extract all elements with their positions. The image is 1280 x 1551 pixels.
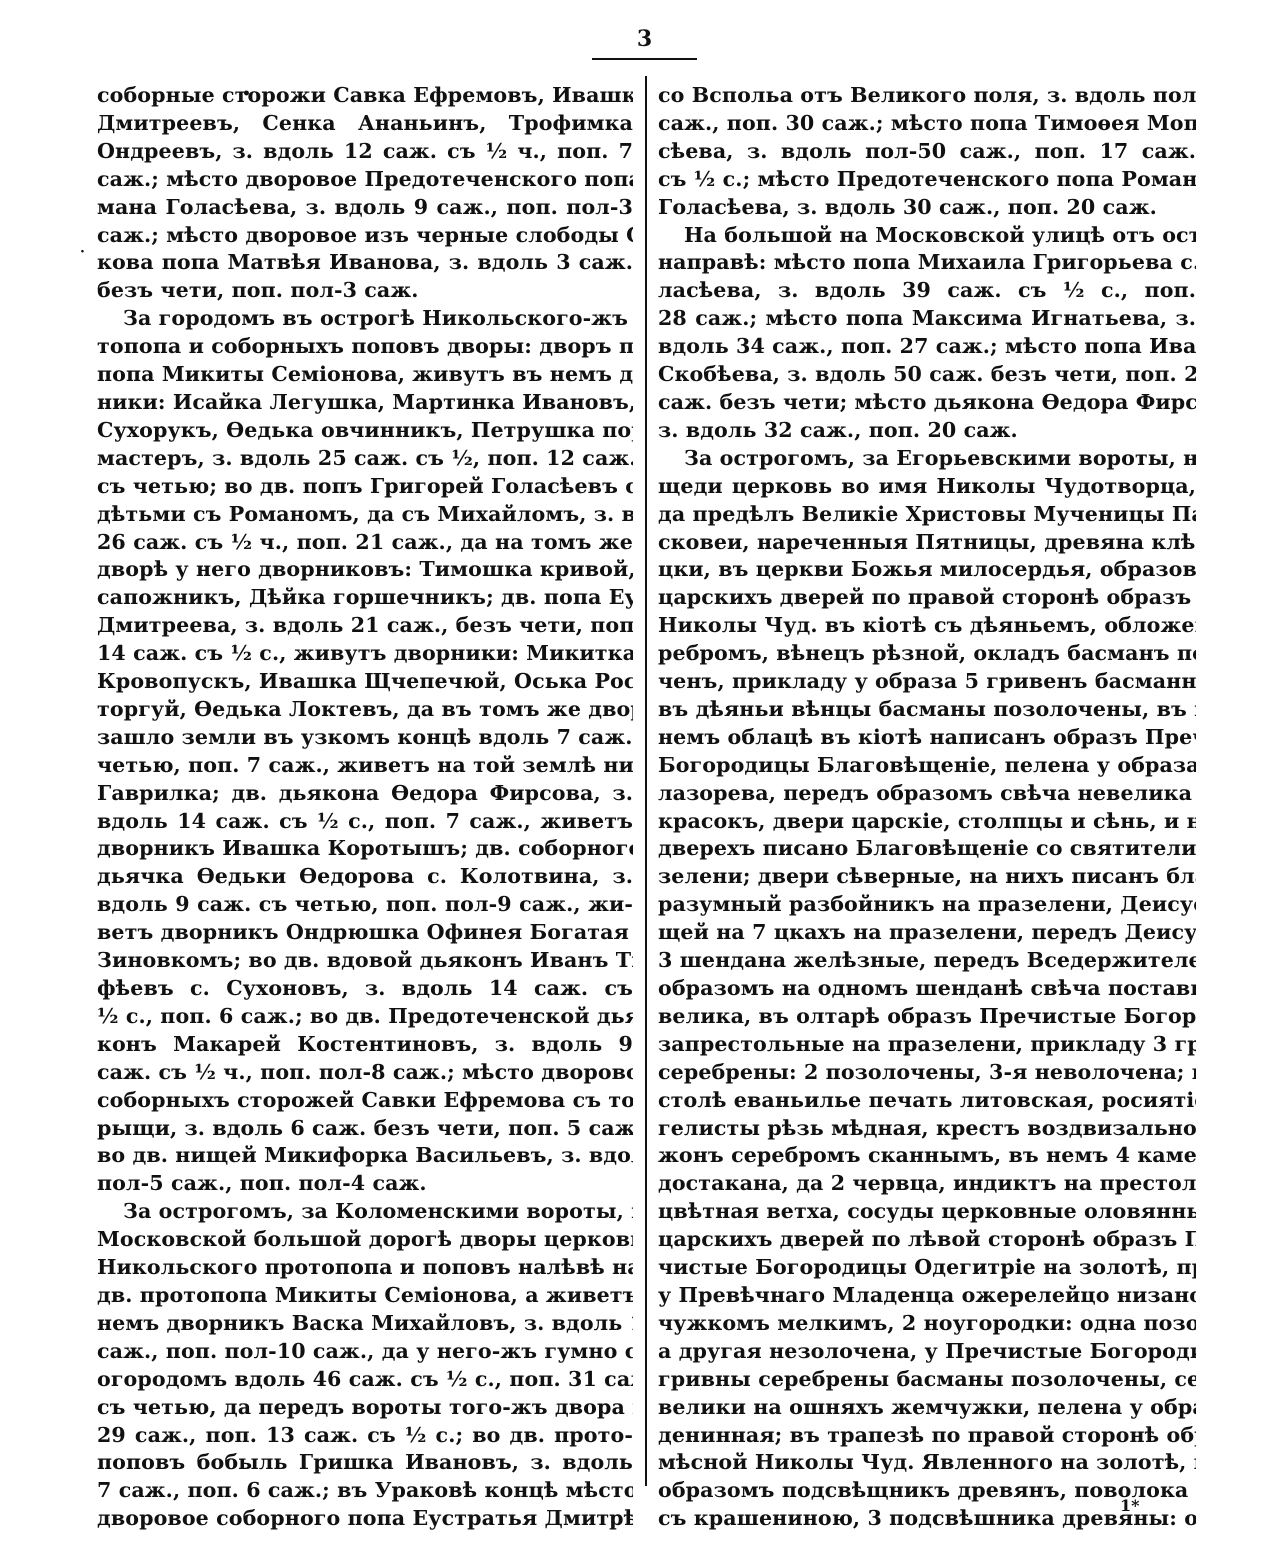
text-line: 7 саж., поп. 6 саж.; въ Ураковѣ концѣ мѣ…: [97, 1477, 633, 1505]
text-line: серебрены: 2 позолочены, 3-я неволочена;…: [658, 1059, 1196, 1087]
text-line: вдоль 14 саж. съ ½ с., поп. 7 саж., живе…: [97, 808, 633, 836]
text-line: достакана, да 2 червца, индиктъ на прест…: [658, 1170, 1196, 1198]
text-line: у Превѣчнаго Младенца ожерелейцо низано …: [658, 1282, 1196, 1310]
text-line: вдоль 34 саж., поп. 27 саж.; мѣсто попа …: [658, 333, 1196, 361]
text-line: Скобѣева, з. вдоль 50 саж. безъ чети, по…: [658, 361, 1196, 389]
text-line: саж. съ ½ ч., поп. пол-8 саж.; мѣсто дво…: [97, 1059, 633, 1087]
text-line: саж., поп. 30 саж.; мѣсто попа Тимоѳея М…: [658, 110, 1196, 138]
text-line: попа Микиты Семіонова, живутъ въ немъ дв…: [97, 361, 633, 389]
text-line: дьячка Өедьки Өедорова с. Колотвина, з.: [97, 863, 633, 891]
text-line: чужкомъ мелкимъ, 2 ноугородки: одна позо…: [658, 1310, 1196, 1338]
text-line: царскихъ дверей по правой сторонѣ образъ…: [658, 584, 1196, 612]
text-line: столѣ еваньилье печать литовская, росият…: [658, 1087, 1196, 1115]
left-column: соборные сторожи Савка Ефремовъ, ИвашкаД…: [97, 82, 633, 1533]
text-line: да предѣлъ Великіе Христовы Мученицы Пар…: [658, 501, 1196, 529]
text-line: сковеи, нареченныя Пятницы, древяна клѣт…: [658, 529, 1196, 557]
text-line: велики на ошняхъ жемчужки, пелена у обра…: [658, 1394, 1196, 1422]
text-line: Голасѣева, з. вдоль 30 саж., поп. 20 саж…: [658, 194, 1196, 222]
text-line: дѣтьми съ Романомъ, да съ Михайломъ, з. …: [97, 501, 633, 529]
paragraph: За острогомъ, за Коломенскими вороты, по…: [97, 1198, 633, 1533]
text-line: ребромъ, вѣнецъ рѣзной, окладъ басманъ п…: [658, 640, 1196, 668]
text-line: кова попа Матвѣя Иванова, з. вдоль 3 саж…: [97, 249, 633, 277]
text-line: щей на 7 цкахъ на празелени, передъ Деис…: [658, 919, 1196, 947]
text-line: 29 саж., поп. 13 саж. съ ½ с.; во дв. пр…: [97, 1422, 633, 1450]
signature-mark: 1*: [1120, 1496, 1140, 1515]
text-line: образомъ подсвѣщникъ древянъ, поволока в…: [658, 1477, 1196, 1505]
paragraph: За городомъ въ острогѣ Никольского-жъ пр…: [97, 305, 633, 1198]
text-line: За острогомъ, за Коломенскими вороты, по: [97, 1198, 633, 1226]
text-line: мѣсной Николы Чуд. Явленного на золотѣ, …: [658, 1449, 1196, 1477]
paragraph: соборные сторожи Савка Ефремовъ, ИвашкаД…: [97, 82, 633, 305]
text-line: четью, поп. 7 саж., живетъ на той землѣ …: [97, 752, 633, 780]
text-line: ½ с., поп. 6 саж.; во дв. Предотеченской…: [97, 1003, 633, 1031]
text-line: 3 шендана желѣзные, передъ Вседержителев…: [658, 947, 1196, 975]
text-line: Московской большой дорогѣ дворы церковны…: [97, 1226, 633, 1254]
text-line: дворѣ у него дворниковъ: Тимошка кривой,…: [97, 556, 633, 584]
text-line: ники: Исайка Легушка, Мартинка Ивановъ, …: [97, 389, 633, 417]
text-line: гривны серебрены басманы позолочены, сер…: [658, 1366, 1196, 1394]
text-line: царскихъ дверей по лѣвой сторонѣ образъ …: [658, 1226, 1196, 1254]
paragraph: На большой на Московской улицѣ отъ остро…: [658, 222, 1196, 445]
text-line: Дмитреева, з. вдоль 21 саж., безъ чети, …: [97, 612, 633, 640]
text-line: гелисты рѣзь мѣдная, крестъ воздвизально…: [658, 1115, 1196, 1143]
text-line: цвѣтная ветха, сосуды церковные оловянны…: [658, 1198, 1196, 1226]
text-line: ласѣева, з. вдоль 39 саж. съ ½ с., поп.: [658, 277, 1196, 305]
text-line: саж., поп. пол-10 саж., да у него-жъ гум…: [97, 1338, 633, 1366]
text-line: пол-5 саж., поп. пол-4 саж.: [97, 1170, 633, 1198]
text-line: дверехъ писано Благовѣщеніе со святители…: [658, 835, 1196, 863]
text-line: мана Голасѣева, з. вдоль 9 саж., поп. по…: [97, 194, 633, 222]
text-line: саж.; мѣсто дворовое Предотеченского поп…: [97, 166, 633, 194]
text-line: вдоль 9 саж. съ четью, поп. пол-9 саж., …: [97, 891, 633, 919]
text-line: На большой на Московской улицѣ отъ остро…: [658, 222, 1196, 250]
text-line: мастеръ, з. вдоль 25 саж. съ ½, поп. 12 …: [97, 445, 633, 473]
text-line: денинная; въ трапезѣ по правой сторонѣ о…: [658, 1422, 1196, 1450]
text-line: соборные сторожи Савка Ефремовъ, Ивашка: [97, 82, 633, 110]
text-line: зашло земли въ узкомъ концѣ вдоль 7 саж.…: [97, 724, 633, 752]
text-line: За острогомъ, за Егорьевскими вороты, на…: [658, 445, 1196, 473]
text-line: немъ облацѣ въ кіотѣ написанъ образъ Пре…: [658, 724, 1196, 752]
text-line: ченъ, прикладу у образа 5 гривенъ басман…: [658, 668, 1196, 696]
text-line: зелени; двери сѣверные, на нихъ писанъ б…: [658, 863, 1196, 891]
text-line: Богородицы Благовѣщеніе, пелена у образа…: [658, 752, 1196, 780]
text-line: Никольского протопопа и поповъ налѣвѣ на…: [97, 1254, 633, 1282]
text-line: топопа и соборныхъ поповъ дворы: дворъ п…: [97, 333, 633, 361]
text-line: конъ Макарей Костентиновъ, з. вдоль 9: [97, 1031, 633, 1059]
text-line: разумный разбойникъ на празелени, Деисус…: [658, 891, 1196, 919]
text-line: соборныхъ сторожей Савки Ефремова съ тов…: [97, 1087, 633, 1115]
text-line: Ондреевъ, з. вдоль 12 саж. съ ½ ч., поп.…: [97, 138, 633, 166]
text-line: огородомъ вдоль 46 саж. съ ½ с., поп. 31…: [97, 1366, 633, 1394]
right-column: со Вспольа отъ Великого поля, з. вдоль п…: [658, 82, 1196, 1533]
text-line: саж.; мѣсто дворовое изъ черные слободы …: [97, 222, 633, 250]
text-line: а другая незолочена, у Пречистые Богород…: [658, 1338, 1196, 1366]
text-line: Кровопускъ, Ивашка Щчепечюй, Оська Рос-: [97, 668, 633, 696]
text-line: съ четью; во дв. попъ Григорей Голасѣевъ…: [97, 473, 633, 501]
paragraph: За острогомъ, за Егорьевскими вороты, на…: [658, 445, 1196, 1533]
text-line: щеди церковь во имя Николы Чудотворца,: [658, 473, 1196, 501]
text-line: Дмитреевъ, Сенка Ананьинъ, Трофимка: [97, 110, 633, 138]
text-line: 14 саж. съ ½ с., живутъ дворники: Микитк…: [97, 640, 633, 668]
text-line: немъ дворникъ Васка Михайловъ, з. вдоль …: [97, 1310, 633, 1338]
text-line: дворникъ Ивашка Коротышъ; дв. соборного: [97, 835, 633, 863]
text-line: За городомъ въ острогѣ Никольского-жъ пр…: [97, 305, 633, 333]
text-line: торгуй, Өедька Локтевъ, да въ томъ же дв…: [97, 696, 633, 724]
text-line: направѣ: мѣсто попа Михаила Григорьева с…: [658, 249, 1196, 277]
text-line: 28 саж.; мѣсто попа Максима Игнатьева, з…: [658, 305, 1196, 333]
text-line: з. вдоль 32 саж., поп. 20 саж.: [658, 417, 1196, 445]
text-line: чистые Богородицы Одегитріе на золотѣ, п…: [658, 1254, 1196, 1282]
text-line: Николы Чуд. въ кіотѣ съ дѣяньемъ, обложе…: [658, 612, 1196, 640]
text-line: красокъ, двери царскіе, столпцы и сѣнь, …: [658, 808, 1196, 836]
text-line: саж. безъ чети; мѣсто дьякона Өедора Фир…: [658, 389, 1196, 417]
text-line: лазорева, передъ образомъ свѣча невелика…: [658, 780, 1196, 808]
text-line: въ дѣяньи вѣнцы басманы позолочены, въ в…: [658, 696, 1196, 724]
text-line: запрестольные на празелени, прикладу 3 г…: [658, 1031, 1196, 1059]
text-line: сѣева, з. вдоль пол-50 саж., поп. 17 саж…: [658, 138, 1196, 166]
text-line: рыщи, з. вдоль 6 саж. безъ чети, поп. 5 …: [97, 1115, 633, 1143]
text-line: ветъ дворникъ Ондрюшка Офинея Богатая съ…: [97, 919, 633, 947]
column-divider: [645, 76, 647, 1486]
text-line: фѣевъ с. Сухоновъ, з. вдоль 14 саж. съ: [97, 975, 633, 1003]
text-line: образомъ на одномъ шенданѣ свѣча поставн…: [658, 975, 1196, 1003]
text-line: цки, въ церкви Божья милосердья, образов…: [658, 556, 1196, 584]
text-line: сапожникъ, Дѣйка горшечникъ; дв. попа Еу…: [97, 584, 633, 612]
text-line: со Вспольа отъ Великого поля, з. вдоль п…: [658, 82, 1196, 110]
page-number: 3: [592, 26, 697, 52]
text-line: жонъ серебромъ сканнымъ, въ немъ 4 камен…: [658, 1142, 1196, 1170]
text-line: съ ½ с.; мѣсто Предотеченского попа Рома…: [658, 166, 1196, 194]
paragraph: со Вспольа отъ Великого поля, з. вдоль п…: [658, 82, 1196, 222]
text-line: Сухорукъ, Өедька овчинникъ, Петрушка пор…: [97, 417, 633, 445]
text-line: дв. протопопа Микиты Семіонова, а живетъ…: [97, 1282, 633, 1310]
text-line: велика, въ олтарѣ образъ Пречистые Богор…: [658, 1003, 1196, 1031]
text-line: дворовое соборного попа Еустратья Дмитрѣ…: [97, 1505, 633, 1533]
margin-mark-left: ·: [80, 244, 85, 260]
text-line: Гаврилка; дв. дьякона Өедора Фирсова, з.: [97, 780, 633, 808]
text-line: 26 саж. съ ½ ч., поп. 21 саж., да на том…: [97, 529, 633, 557]
header-rule: [592, 58, 697, 60]
text-line: съ крашениною, 3 подсвѣшника древяны: од…: [658, 1505, 1196, 1533]
text-line: безъ чети, поп. пол-3 саж.: [97, 277, 633, 305]
text-line: во дв. нищей Микифорка Васильевъ, з. вдо…: [97, 1142, 633, 1170]
text-line: Зиновкомъ; во дв. вдовой дьяконъ Иванъ Т…: [97, 947, 633, 975]
text-line: поповъ бобыль Гришка Ивановъ, з. вдоль: [97, 1449, 633, 1477]
text-line: съ четью, да передъ вороты того-жъ двора…: [97, 1394, 633, 1422]
